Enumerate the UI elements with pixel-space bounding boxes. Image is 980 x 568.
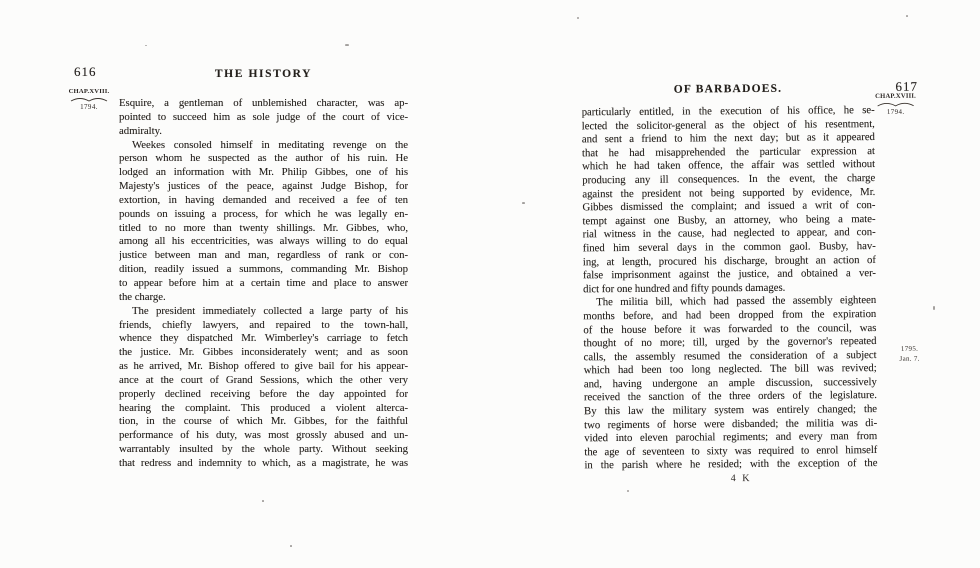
right-page: OF BARBADOES. 617 CHAP.XVIII. 1794. 1795… xyxy=(558,59,941,502)
text-line: justice between man and man, regardless … xyxy=(119,249,408,263)
side-note-date: Jan. 7. xyxy=(889,354,931,364)
text-line: titled to no more than twenty shillings.… xyxy=(119,222,408,236)
text-line: warrantably insulted by the whole party.… xyxy=(119,443,408,457)
text-line: Majesty's justices of the peace, against… xyxy=(119,180,408,194)
side-note-year: 1795. xyxy=(889,345,931,355)
book-scan: { "left": { "page_number": "616", "runni… xyxy=(0,0,980,568)
signature-mark: 4 K xyxy=(595,472,888,485)
text-line: friends, chiefly lawyers, and repaired t… xyxy=(119,319,408,333)
scan-speck xyxy=(627,490,629,492)
left-running-head: THE HISTORY xyxy=(119,68,408,80)
text-line: in the parish where he resided; with the… xyxy=(584,457,877,473)
text-line: among all his eccentricities, was always… xyxy=(119,235,408,249)
text-line: properly declined receiving before the d… xyxy=(119,388,408,402)
margin-year-label: 1794. xyxy=(60,103,118,111)
text-line: tion, in the course of which Mr. Gibbes,… xyxy=(119,415,408,429)
text-line: performance of his duty, was most grossl… xyxy=(119,429,408,443)
right-running-head: OF BARBADOES. xyxy=(581,82,874,96)
text-line: the charge. xyxy=(119,291,408,305)
scan-speck xyxy=(577,17,579,19)
underbrace-flourish-icon xyxy=(69,96,109,103)
text-line: to appear before him at a certain time a… xyxy=(119,277,408,291)
scan-speck xyxy=(145,45,147,46)
text-line: that redress and indemnity to which, as … xyxy=(119,457,408,471)
right-margin-note: CHAP.XVIII. 1794. xyxy=(871,93,921,116)
scan-speck xyxy=(522,202,525,204)
text-line: pounds on issuing a process, for which h… xyxy=(119,208,408,222)
left-page-number: 616 xyxy=(74,64,97,80)
text-line: hearing the complaint. This produced a v… xyxy=(119,402,408,416)
chapter-label: CHAP.XVIII. xyxy=(60,88,118,96)
text-line: the justice. Mr. Gibbes inconsiderately … xyxy=(119,346,408,360)
text-line: admiralty. xyxy=(119,125,408,139)
scan-speck xyxy=(345,44,349,46)
left-text-column: Esquire, a gentleman of unblemished char… xyxy=(119,97,408,471)
right-text-column: particularly entitled, in the execution … xyxy=(582,104,878,473)
text-line: The president immediately collected a la… xyxy=(119,305,408,319)
margin-year-label: 1794. xyxy=(871,108,921,116)
text-line: lodged an information with Mr. Philip Gi… xyxy=(119,166,408,180)
chapter-label: CHAP.XVIII. xyxy=(871,93,921,101)
text-line: Esquire, a gentleman of unblemished char… xyxy=(119,97,408,111)
text-line: dition, readily issued a summons, comman… xyxy=(119,263,408,277)
scan-speck xyxy=(906,15,908,17)
text-line: pointed to succeed him as sole judge of … xyxy=(119,111,408,125)
scan-speck xyxy=(933,306,935,310)
text-line: as he arrived, Mr. Bishop offered to giv… xyxy=(119,360,408,374)
right-side-note: 1795. Jan. 7. xyxy=(889,345,931,364)
text-line: whence they dispatched Mr. Wimberley's c… xyxy=(119,332,408,346)
left-margin-note: CHAP.XVIII. 1794. xyxy=(60,88,118,111)
text-line: Weekes consoled himself in meditating re… xyxy=(119,139,408,153)
text-line: ance at the court of Grand Sessions, whi… xyxy=(119,374,408,388)
scan-speck xyxy=(290,545,292,547)
text-line: extortion, in having demanded and receiv… xyxy=(119,194,408,208)
text-line: person whom he suspected as the author o… xyxy=(119,152,408,166)
text-line: false imprisonment against the justice, … xyxy=(583,267,876,283)
left-page: 616 THE HISTORY CHAP.XVIII. 1794. Esquir… xyxy=(0,0,490,568)
scan-speck xyxy=(262,500,264,502)
